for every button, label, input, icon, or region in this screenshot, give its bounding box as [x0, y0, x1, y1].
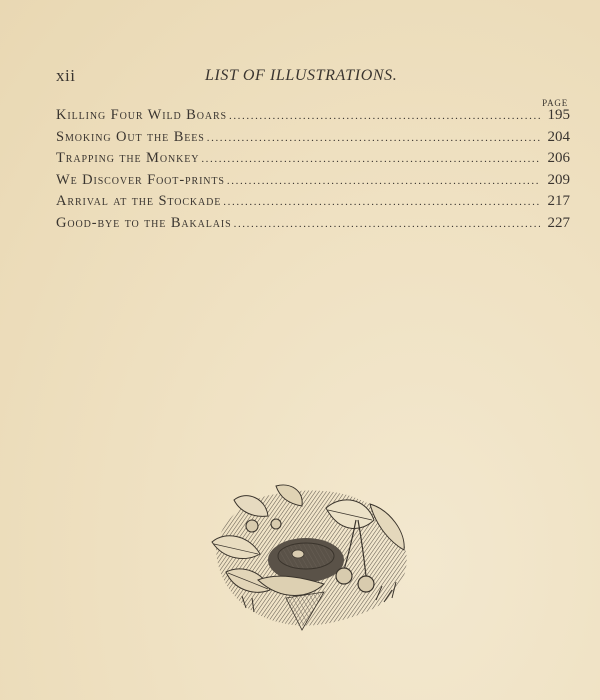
illustration-page: 217 [544, 193, 570, 210]
dot-leader [229, 110, 540, 122]
illustration-title: Killing Four Wild Boars [56, 107, 227, 124]
illustration-title: Arrival at the Stockade [56, 193, 221, 210]
list-item: Smoking Out the Bees 204 [56, 129, 570, 151]
illustration-page: 209 [544, 172, 570, 189]
illustration-page: 195 [544, 107, 570, 124]
illustration-title: Trapping the Monkey [56, 150, 199, 167]
illustrations-list: Killing Four Wild Boars 195 Smoking Out … [56, 107, 570, 237]
illustration-title: Smoking Out the Bees [56, 129, 205, 146]
dot-leader [234, 218, 540, 230]
list-item: Killing Four Wild Boars 195 [56, 107, 570, 129]
list-item: Arrival at the Stockade 217 [56, 193, 570, 215]
running-head: LIST OF ILLUSTRATIONS. [205, 67, 397, 85]
dot-leader [227, 175, 540, 187]
nest-vignette-illustration [206, 480, 414, 632]
illustration-page: 206 [544, 150, 570, 167]
illustration-page: 204 [544, 129, 570, 146]
list-item: Trapping the Monkey 206 [56, 150, 570, 172]
dot-leader [223, 196, 540, 208]
list-item: Good-bye to the Bakalais 227 [56, 215, 570, 237]
list-item: We Discover Foot-prints 209 [56, 172, 570, 194]
dot-leader [201, 153, 540, 165]
dot-leader [207, 132, 540, 144]
nest-engraving-icon [206, 480, 414, 632]
page-number: xii [56, 66, 75, 86]
illustration-page: 227 [544, 215, 570, 232]
illustration-title: We Discover Foot-prints [56, 172, 225, 189]
illustration-title: Good-bye to the Bakalais [56, 215, 232, 232]
